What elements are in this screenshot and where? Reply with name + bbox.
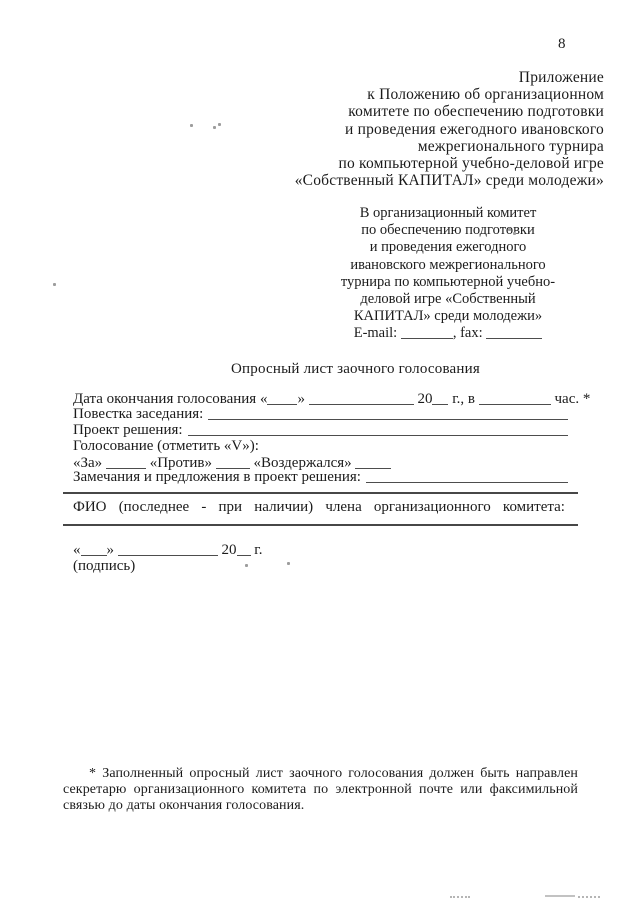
scan-speck (508, 228, 511, 231)
appendix-line: Приложение (184, 69, 604, 86)
addressee-heading: В организационный комитет по обеспечению… (318, 205, 578, 343)
draft-decision-label: Проект решения: (73, 423, 183, 439)
sign-date-line: «» 20 г. (73, 542, 262, 559)
addressee-line: ивановского межрегионального (318, 257, 578, 274)
scan-speck (513, 232, 516, 235)
addressee-line: и проведения ежегодного (318, 239, 578, 256)
close-quote: » (107, 542, 115, 558)
page-number: 8 (558, 36, 566, 53)
fio-word: (последнее (119, 499, 189, 516)
fio-word: члена (325, 499, 361, 516)
fio-rule-bottom (63, 524, 578, 526)
vote-against-blank (216, 455, 250, 469)
scanned-document-page: 8 Приложение к Положению об организацион… (0, 0, 640, 905)
hours-blank-field (479, 391, 551, 405)
fio-word: комитета: (503, 499, 565, 516)
addressee-line: деловой игре «Собственный (318, 291, 578, 308)
remarks-blank-line (366, 482, 568, 483)
voting-form: Дата окончания голосования «» 20 г., в ч… (73, 391, 568, 486)
fio-line: ФИО (последнее - при наличии) члена орга… (73, 499, 565, 516)
footnote-line: * Заполненный опросный лист заочного гол… (63, 766, 578, 782)
footnote-line: связью до даты окончания голосования. (63, 798, 578, 814)
year-suffix: г., в (452, 391, 475, 407)
voting-instruction-label: Голосование (отметить «V»): (73, 438, 259, 454)
fio-word: ФИО (73, 499, 107, 516)
close-quote: » (297, 391, 305, 407)
signature-label: (подпись) (73, 558, 135, 575)
sign-day-blank (81, 542, 107, 556)
fio-word: при (219, 499, 243, 516)
scan-speck (190, 124, 193, 127)
hours-suffix: час. * (555, 391, 591, 407)
vote-against-label: «Против» (150, 455, 212, 471)
draft-decision-blank-line (188, 435, 568, 436)
appendix-line: к Положению об организационном (184, 86, 604, 103)
scan-artifact (545, 895, 575, 897)
scan-artifact (450, 896, 470, 898)
scan-artifact (578, 896, 600, 898)
open-quote: « (73, 542, 81, 558)
form-title: Опросный лист заочного голосования (143, 361, 568, 378)
agenda-blank-line (208, 419, 568, 420)
vote-for-blank (106, 455, 146, 469)
email-blank-field (401, 325, 453, 339)
vote-abstain-label: «Воздержался» (254, 455, 352, 471)
month-blank-field (309, 391, 414, 405)
sign-month-blank (118, 542, 218, 556)
addressee-line: КАПИТАЛ» среди молодежи» (318, 308, 578, 325)
vote-for-label: «За» (73, 455, 102, 471)
remarks-line: Замечания и предложения в проект решения… (73, 470, 568, 486)
voting-instruction-line: Голосование (отметить «V»): (73, 439, 568, 455)
fio-rule-top (63, 492, 578, 494)
addressee-line: по обеспечению подготовки (318, 222, 578, 239)
vote-abstain-blank (355, 455, 391, 469)
fio-word: организационного (374, 499, 491, 516)
date-deadline-line: Дата окончания голосования «» 20 г., в ч… (73, 391, 568, 407)
draft-decision-line: Проект решения: (73, 423, 568, 439)
fio-word: - (201, 499, 206, 516)
year-prefix: 20 (417, 391, 432, 407)
vote-options-line: «За» «Против» «Воздержался» (73, 455, 568, 471)
agenda-label: Повестка заседания: (73, 407, 203, 423)
appendix-line: по компьютерной учебно-деловой игре (184, 155, 604, 172)
date-deadline-label: Дата окончания голосования (73, 391, 256, 407)
email-fax-line: E-mail: , fax: (318, 325, 578, 342)
appendix-line: комитете по обеспечению подготовки (184, 103, 604, 120)
fio-word: наличии) (254, 499, 313, 516)
open-quote: « (260, 391, 268, 407)
addressee-line: турнира по компьютерной учебно- (318, 274, 578, 291)
addressee-line: В организационный комитет (318, 205, 578, 222)
agenda-line: Повестка заседания: (73, 407, 568, 423)
fax-blank-field (486, 325, 542, 339)
scan-speck (53, 283, 56, 286)
sign-year-suffix: г. (254, 542, 262, 558)
scan-speck (245, 564, 248, 567)
scan-speck (218, 123, 221, 126)
remarks-label: Замечания и предложения в проект решения… (73, 470, 361, 486)
year-blank-field (432, 391, 448, 405)
scan-speck (287, 562, 290, 565)
email-label: E-mail: (354, 325, 398, 341)
footnote-line: секретарю организационного комитета по э… (63, 782, 578, 798)
appendix-heading: Приложение к Положению об организационно… (184, 69, 604, 189)
footnote: * Заполненный опросный лист заочного гол… (63, 766, 578, 815)
scan-speck (213, 126, 216, 129)
sign-year-blank (237, 542, 251, 556)
day-blank-field (267, 391, 297, 405)
fax-label: , fax: (453, 325, 483, 341)
appendix-line: и проведения ежегодного ивановского (184, 121, 604, 138)
appendix-line: «Собственный КАПИТАЛ» среди молодежи» (184, 172, 604, 189)
sign-year-prefix: 20 (222, 542, 237, 558)
appendix-line: межрегионального турнира (184, 138, 604, 155)
